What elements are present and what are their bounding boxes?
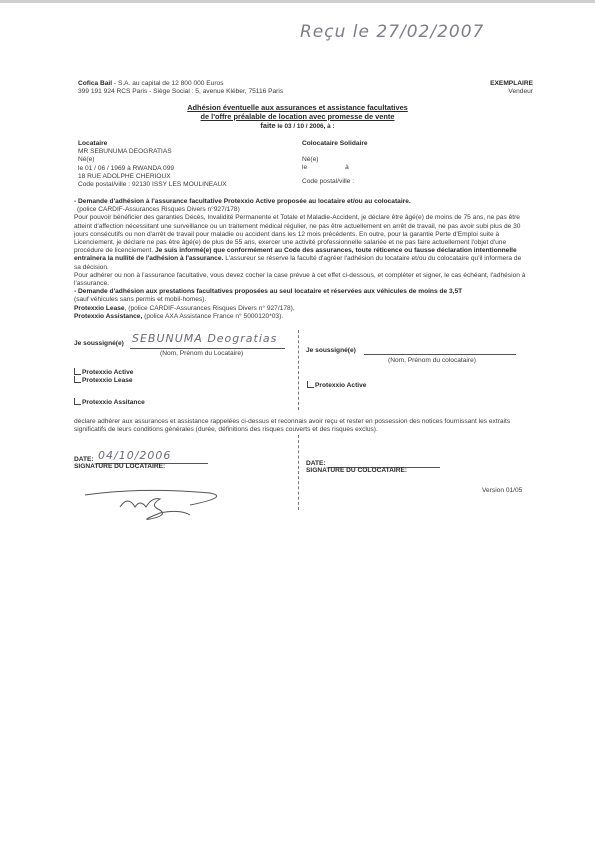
section-1-heading: - Demande d'adhésion à l'assurance facul… — [74, 198, 526, 206]
option-label: Protexxio Assitance — [82, 399, 145, 406]
checkbox-protexxio-lease[interactable] — [74, 376, 81, 383]
column-divider-bottom — [298, 435, 300, 510]
tenant-signature-icon — [80, 485, 240, 525]
version-label: Version 01/05 — [482, 487, 522, 495]
company-name: Cofica Bail — [78, 80, 112, 87]
colocataire-born-le: le — [302, 164, 307, 171]
right-signature-label: SIGNATURE DU COLOCATAIRE: — [306, 467, 407, 475]
title-line-1: Adhésion éventuelle aux assurances et as… — [100, 103, 495, 112]
left-handwritten-name: SEBUNUMA Deogratias — [132, 332, 277, 345]
locataire-postal-city: Code postal/ville : 92130 ISSY LES MOULI… — [78, 181, 288, 189]
company-capital: - S.A. au capital de 12 800 000 Euros — [112, 80, 223, 87]
section-1-policy: (police CARDIF-Assurances Risques Divers… — [74, 206, 526, 214]
locataire-born-label: Né(e) — [78, 156, 288, 164]
left-name-line[interactable] — [130, 348, 285, 349]
left-option-assistance[interactable]: Protexxio Assitance — [74, 398, 145, 407]
left-signature-label: SIGNATURE DU LOCATAIRE: — [74, 463, 165, 471]
locataire-name: MR SEBUNUMA DEOGRATIAS — [78, 148, 288, 156]
insurance-terms: - Demande d'adhésion à l'assurance facul… — [74, 198, 526, 321]
checkbox-protexxio-active[interactable] — [74, 368, 81, 375]
scan-top-border — [0, 0, 595, 3]
section-1-instructions: Pour adhérer ou non à l'assurance facult… — [74, 272, 526, 288]
right-name-line[interactable] — [364, 354, 516, 355]
right-soussigne-label: Je soussigné(e) — [306, 347, 356, 355]
left-option-lease[interactable]: Protexxio Lease — [74, 376, 133, 385]
left-soussigne-label: Je soussigné(e) — [74, 340, 124, 348]
locataire-heading: Locataire — [78, 140, 288, 148]
company-registration: 399 191 924 RCS Paris - Siège Social : 5… — [78, 88, 378, 96]
right-option-active[interactable]: Protexxio Active — [307, 381, 366, 390]
left-name-caption: (Nom, Prénom du Locataire) — [160, 350, 243, 358]
colocataire-postal-city: Code postal/ville : — [302, 178, 502, 186]
title-line-2: de l'offre préalable de location avec pr… — [100, 112, 495, 121]
checkbox-colocataire-protexxio-active[interactable] — [307, 381, 314, 388]
locataire-block: Locataire MR SEBUNUMA DEOGRATIAS Né(e) l… — [78, 140, 288, 189]
declaration-text: déclare adhérer aux assurances et assist… — [74, 418, 514, 434]
faite-label: faite — [260, 121, 275, 130]
colocataire-born-a: à — [345, 164, 349, 171]
lease-label: Protexxio Lease — [74, 305, 125, 312]
left-date-value: 04/10/2006 — [98, 449, 171, 462]
colocataire-heading: Colocataire Solidaire — [302, 140, 502, 148]
colocataire-block: Colocataire Solidaire Né(e) leà Code pos… — [302, 140, 502, 186]
section-1-paragraph: Pour pouvoir bénéficier des garanties Dé… — [74, 214, 526, 271]
assistance-label: Protexxio Assistance, — [74, 313, 142, 320]
received-stamp: Reçu le 27/02/2007 — [300, 22, 484, 42]
locataire-birth: le 01 / 06 / 1969 à RWANDA 099 — [78, 165, 288, 173]
checkbox-protexxio-assistance[interactable] — [74, 398, 81, 405]
copy-label-block: EXEMPLAIRE Vendeur — [490, 80, 533, 96]
copy-label: EXEMPLAIRE — [490, 80, 533, 88]
scanned-document-page: Reçu le 27/02/2007 Cofica Bail - S.A. au… — [0, 0, 595, 841]
section-2-heading: - Demande d'adhésion aux prestations fac… — [74, 288, 526, 296]
column-divider-top — [298, 330, 300, 410]
section-2-note: (sauf véhicules sans permis et mobil-hom… — [74, 296, 526, 304]
company-header: Cofica Bail - S.A. au capital de 12 800 … — [78, 80, 378, 96]
faite-value: le 03 / 10 / 2006, à : — [276, 123, 335, 130]
locataire-address: 18 RUE ADOLPHE CHERIOUX — [78, 173, 288, 181]
right-name-caption: (Nom, Prénom du colocataire) — [388, 357, 476, 365]
copy-recipient: Vendeur — [490, 88, 533, 96]
lease-policy: , (police CARDIF-Assurances Risques Dive… — [125, 305, 295, 312]
option-label: Protexxio Lease — [82, 377, 133, 384]
document-title: Adhésion éventuelle aux assurances et as… — [100, 103, 495, 131]
assistance-policy: (police AXA Assistance France n° 5000120… — [142, 313, 283, 320]
option-label: Protexxio Active — [315, 382, 366, 389]
option-label: Protexxio Active — [82, 369, 133, 376]
colocataire-born-label: Né(e) — [302, 156, 502, 164]
